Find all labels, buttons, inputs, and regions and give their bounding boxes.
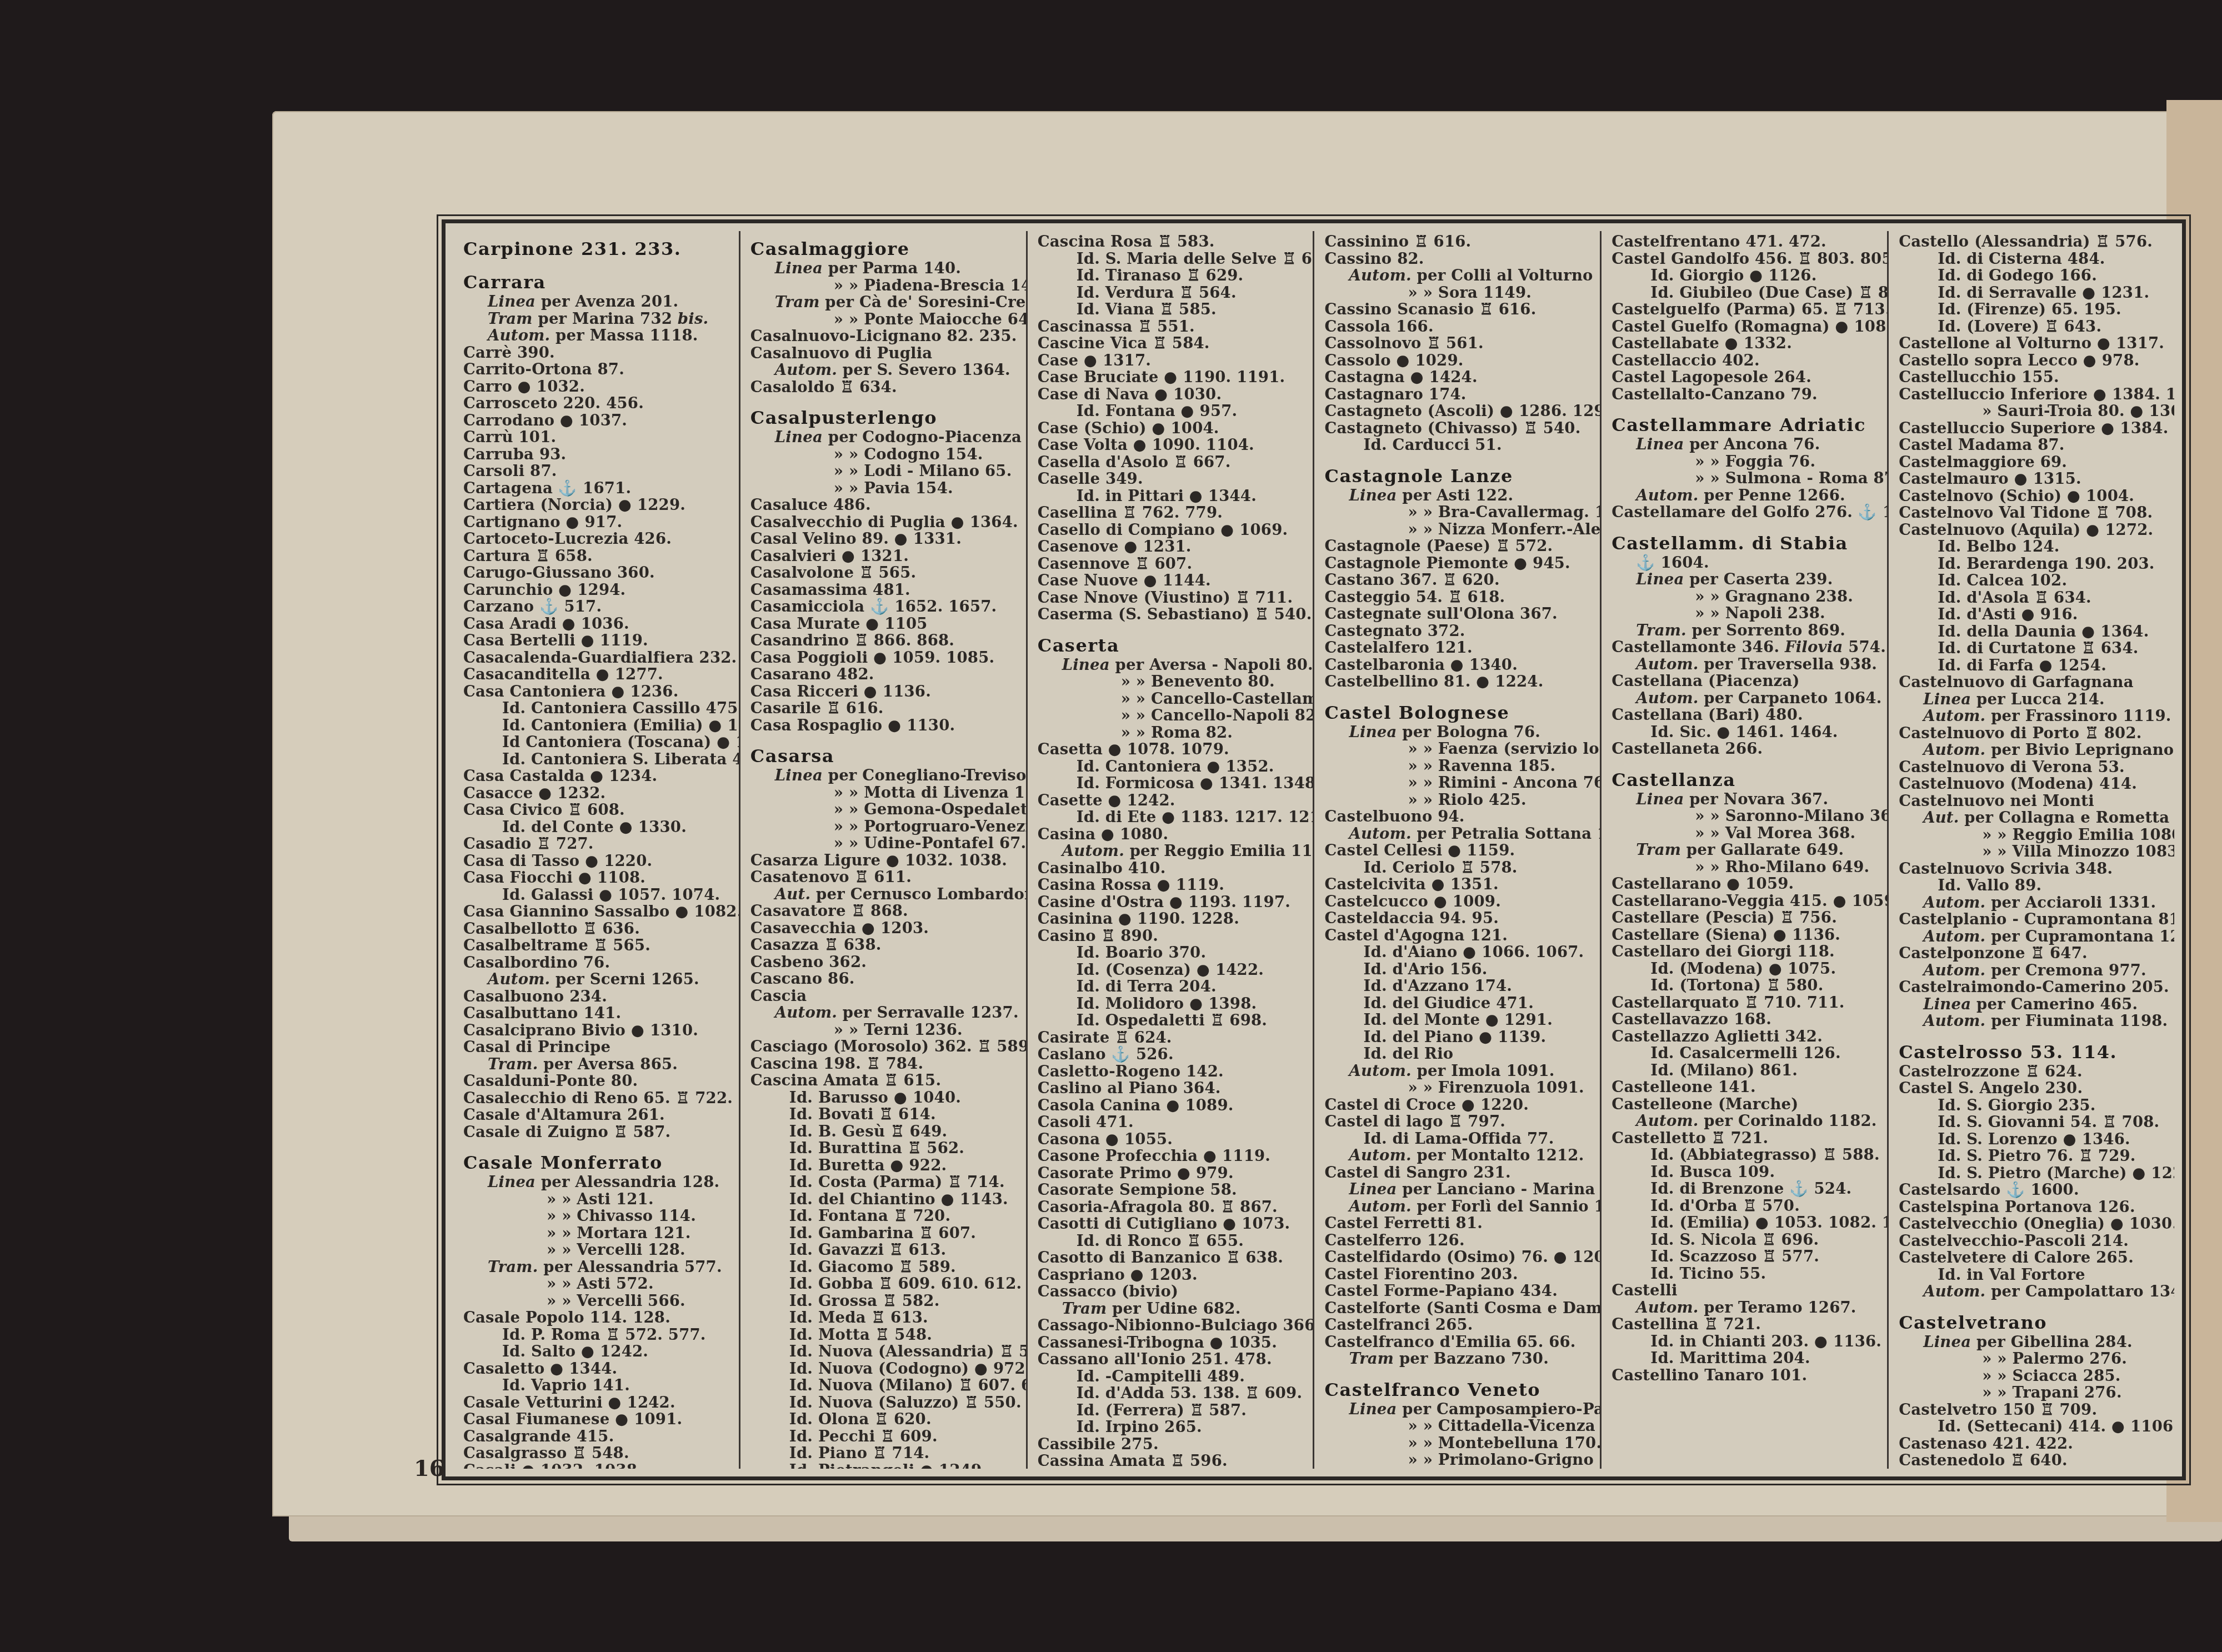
auto-circle-icon: ● (1717, 723, 1730, 741)
station-entry: Casa Giannino Sassalbo ● 1082. (463, 903, 731, 920)
station-subentry: Id. Ospedaletti ♖ 698. (1038, 1012, 1305, 1029)
station-subentry: Autom. per Scerni 1265. (463, 971, 731, 988)
tram-bell-icon: ♖ (1448, 588, 1462, 606)
auto-circle-icon: ● (619, 818, 633, 836)
auto-circle-icon: ● (1485, 1011, 1499, 1029)
auto-circle-icon: ● (951, 513, 964, 531)
station-entry: Castellana (Bari) 480. (1612, 707, 1879, 724)
auto-circle-icon: ● (1157, 876, 1170, 894)
station-entry: Castelnuovo di Porto ♖ 802. (1899, 725, 2166, 742)
station-entry: Cassacco (bivio) (1038, 1283, 1305, 1300)
station-heading: Castellammare Adriatic (1612, 414, 1879, 436)
station-entry: Casalbuttano 141. (463, 1005, 731, 1022)
station-entry: Castelplanio - Cupramontana 81. (1899, 911, 2166, 928)
section-gap (1324, 690, 1592, 697)
station-entry: Casalnuovo di Puglia (750, 345, 1018, 362)
tram-bell-icon: ♖ (1763, 1248, 1776, 1265)
station-subentry: Id. S. Maria delle Selve ♖ 614. (1038, 251, 1305, 268)
station-subentry: Id. Fontana ● 957. (1038, 403, 1305, 420)
station-entry: Casa Rospaglio ● 1130. (750, 717, 1018, 734)
section-gap (1899, 1300, 2166, 1307)
station-entry: Cassino 82. (1324, 251, 1592, 268)
section-gap (1038, 623, 1305, 630)
transport-type-label: Autom. (1923, 894, 1985, 912)
section-gap (1324, 1368, 1592, 1374)
station-entry: Castelbellino 81. ● 1224. (1324, 673, 1592, 690)
station-subentry: » » Firenzuola 1091. (1324, 1079, 1592, 1097)
station-subentry: Id. Nuova (Milano) ♖ 607. 608. (750, 1377, 1018, 1394)
station-entry: Carrito-Ortona 87. (463, 361, 731, 378)
index-column-5: Castelfrentano 471. 472.Castel Gandolfo … (1602, 231, 1889, 1469)
station-entry: Casello di Compiano ● 1069. (1038, 522, 1305, 539)
section-gap (1612, 758, 1879, 764)
tram-bell-icon: ♖ (875, 1326, 889, 1344)
station-subentry: » » Cancello-Napoli 82. (1038, 707, 1305, 724)
auto-circle-icon: ● (1181, 402, 1194, 420)
station-entry: Castellone al Volturno ● 1317. (1899, 335, 2166, 352)
station-entry: Castelmauro ● 1315. (1899, 470, 2166, 488)
transport-type-label: Tram. (488, 1055, 538, 1073)
station-subentry: Tram per Cà de' Soresini-Cremona 647. (750, 294, 1018, 311)
tram-bell-icon: ♖ (1115, 1029, 1129, 1047)
station-entry: Casamicciola ⚓ 1652. 1657. (750, 598, 1018, 615)
tram-bell-icon: ♖ (890, 1123, 904, 1140)
station-entry: Castegnato 372. (1324, 623, 1592, 640)
transport-type-label: Linea (1062, 656, 1110, 674)
auto-circle-icon: ● (1476, 673, 1489, 690)
station-entry: Casaletto ● 1344. (463, 1360, 731, 1378)
auto-circle-icon: ● (2093, 386, 2106, 403)
tram-bell-icon: ♖ (859, 564, 873, 582)
station-subentry: » » Bra-Cavallermag. 124. (1324, 504, 1592, 521)
tram-bell-icon: ♖ (1762, 1231, 1776, 1249)
station-entry: Casellina ♖ 762. 779. (1038, 504, 1305, 522)
tram-bell-icon: ♖ (1479, 301, 1493, 318)
section-gap (1612, 521, 1879, 528)
station-subentry: Id. Buretta ● 922. (750, 1157, 1018, 1174)
station-subentry: » » Cancello-Castellammare di Stabia 239 (1038, 690, 1305, 708)
station-subentry: Id. P. Roma ♖ 572. 577. (463, 1326, 731, 1344)
transport-type-label: Tram (488, 310, 533, 328)
station-entry: Casinalbo 410. (1038, 860, 1305, 877)
auto-circle-icon: ● (1434, 893, 1447, 910)
station-entry: Castelferro 126. (1324, 1232, 1592, 1249)
station-subentry: Id. in Val Fortore (1899, 1266, 2166, 1284)
tram-bell-icon: ♖ (964, 1394, 978, 1411)
station-subentry: Id. Irpino 265. (1038, 1419, 1305, 1436)
station-subentry: Linea per Alessandria 128. (463, 1174, 731, 1191)
station-entry: Carro ● 1032. (463, 378, 731, 396)
station-entry: Casarano 482. (750, 666, 1018, 683)
station-subentry: Id. Berardenga 190. 203. (1899, 555, 2166, 573)
tram-bell-icon: ♖ (1236, 589, 1250, 607)
transport-type-label: Linea (1636, 790, 1684, 808)
station-subentry: Id. S. Pietro (Marche) ● 1220. (1899, 1165, 2166, 1182)
auto-circle-icon: ● (1500, 402, 1513, 420)
station-subentry: Id. (Modena) ● 1075. (1612, 960, 1879, 978)
index-column-4: Cassinino ♖ 616.Cassino 82.Autom. per Co… (1314, 231, 1602, 1469)
station-entry: Casaluce 486. (750, 497, 1018, 514)
tram-bell-icon: ♖ (1135, 555, 1149, 573)
station-subentry: Autom. per Massa 1118. (463, 327, 731, 344)
station-subentry: Id. Gavazzi ♖ 613. (750, 1241, 1018, 1259)
station-entry: Castellamonte 346. Filovia 574. (1612, 639, 1879, 656)
auto-circle-icon: ● (1514, 554, 1527, 572)
tram-bell-icon: ♖ (889, 1241, 903, 1259)
tram-bell-icon: ♖ (568, 801, 582, 819)
station-subentry: Linea per Conegliano-Treviso-Venezia 67. (750, 767, 1018, 784)
tram-bell-icon: ♖ (2096, 504, 2110, 522)
station-subentry: Id. del Conte ● 1330. (463, 819, 731, 836)
station-subentry: Id. di Lama-Offida 77. (1324, 1130, 1592, 1148)
station-entry: Cassinino ♖ 616. (1324, 233, 1592, 251)
auto-circle-icon: ● (1554, 1248, 1567, 1266)
station-entry: Casona ● 1055. (1038, 1131, 1305, 1148)
station-entry: Casola Canina ● 1089. (1038, 1097, 1305, 1114)
station-subentry: » » Sora 1149. (1324, 284, 1592, 302)
station-entry: Casale Popolo 114. 128. (463, 1309, 731, 1326)
station-entry: Castano 367. ♖ 620. (1324, 572, 1592, 589)
transport-type-label: Autom. (1636, 655, 1698, 673)
tram-bell-icon: ♖ (676, 1089, 690, 1107)
auto-circle-icon: ● (615, 1410, 628, 1428)
station-subentry: Id. (Lovere) ♖ 643. (1899, 318, 2166, 336)
station-subentry: Id. del Chiantino ● 1143. (750, 1191, 1018, 1208)
tram-bell-icon: ♖ (1245, 1384, 1259, 1402)
auto-circle-icon: ● (631, 1022, 644, 1039)
tram-bell-icon: ♖ (1190, 1401, 1204, 1419)
station-entry: Castelfidardo (Osimo) 76. ● 1205. (1324, 1249, 1592, 1266)
station-entry: Castellarano-Veggia 415. ● 1059. (1612, 893, 1879, 910)
transport-type-label: Linea (1349, 487, 1397, 504)
tram-bell-icon: ♖ (1282, 250, 1296, 268)
tram-bell-icon: ♖ (537, 835, 551, 853)
station-subentry: » » Udine-Pontafel 67. (750, 835, 1018, 852)
ship-icon: ⚓ (558, 479, 577, 497)
station-entry: Castellaccio 402. (1612, 352, 1879, 369)
index-column-6: Castello (Alessandria) ♖ 576.Id. di Cist… (1889, 231, 2174, 1469)
station-entry: Castel Fiorentino 203. (1324, 1266, 1592, 1283)
station-subentry: Id. -Campitelli 489. (1038, 1368, 1305, 1385)
station-entry: Cartiera (Norcia) ● 1229. (463, 497, 731, 514)
station-subentry: » » Foggia 76. (1612, 453, 1879, 470)
station-subentry: Id. (Settecani) 414. ● 1106. (1899, 1418, 2166, 1435)
station-entry: Casetta ● 1078. 1079. (1038, 741, 1305, 758)
station-subentry: » » Montebelluna 170. (1324, 1435, 1592, 1452)
station-entry: Casciago (Morosolo) 362. ♖ 589. (750, 1038, 1018, 1055)
tram-bell-icon: ♖ (572, 1444, 586, 1462)
tram-bell-icon: ♖ (2079, 1147, 2093, 1165)
tram-bell-icon: ♖ (594, 937, 608, 954)
tram-bell-icon: ♖ (880, 1428, 894, 1445)
station-subentry: Autom. per Cremona 977. (1899, 962, 2166, 979)
transport-type-label: Linea (488, 1173, 536, 1191)
transport-type-label: Autom. (1349, 1062, 1411, 1080)
auto-circle-icon: ● (1154, 386, 1168, 403)
station-subentry: Id. Gobba ♖ 609. 610. 612. (750, 1275, 1018, 1293)
station-subentry: Id. S. Giovanni 54. ♖ 708. (1899, 1114, 2166, 1131)
station-entry: Casina Rossa ● 1119. (1038, 877, 1305, 894)
auto-circle-icon: ● (708, 717, 722, 734)
tram-bell-icon: ♖ (2030, 944, 2044, 962)
station-entry: Castellabate ● 1332. (1612, 335, 1879, 352)
tram-bell-icon: ♖ (1496, 537, 1510, 555)
auto-circle-icon: ● (1448, 842, 1461, 859)
station-entry: Casavecchia ● 1203. (750, 920, 1018, 937)
station-subentry: » » Gragnano 238. (1612, 588, 1879, 605)
transport-type-label: Autom. (1923, 962, 1985, 979)
auto-circle-icon: ● (1769, 960, 1782, 978)
auto-circle-icon: ● (2132, 1164, 2145, 1182)
tram-bell-icon: ♖ (1102, 927, 1115, 945)
station-entry: Castellamare del Golfo 276. ⚓ 1620. (1612, 504, 1879, 521)
station-entry: Cassolnovo ♖ 561. (1324, 335, 1592, 352)
tram-bell-icon: ♖ (1443, 571, 1457, 589)
auto-circle-icon: ● (842, 547, 855, 565)
station-entry: Casarile ♖ 616. (750, 700, 1018, 717)
station-entry: Carrodano ● 1037. (463, 412, 731, 429)
station-subentry: Linea per Parma 140. (750, 260, 1018, 277)
auto-circle-icon: ● (1210, 1334, 1223, 1351)
tram-bell-icon: ♖ (894, 1207, 908, 1225)
station-entry: Castelfranco d'Emilia 65. 66. (1324, 1334, 1592, 1351)
station-entry: Caslino al Piano 364. (1038, 1080, 1305, 1097)
station-subentry: » » Riolo 425. (1324, 792, 1592, 809)
station-subentry: Tram. per Sorrento 869. (1612, 622, 1879, 639)
transport-type-label: Tram. (1636, 622, 1686, 639)
station-entry: Casalduni-Ponte 80. (463, 1073, 731, 1090)
auto-circle-icon: ● (2086, 521, 2099, 539)
station-entry: Cascano 86. (750, 970, 1018, 988)
station-entry: Castello (Alessandria) ♖ 576. (1899, 233, 2166, 251)
station-entry: Castelvetro 150 ♖ 709. (1899, 1401, 2166, 1419)
station-entry: Casalvolone ♖ 565. (750, 564, 1018, 582)
station-entry: Castelraimondo-Camerino 205. (1899, 979, 2166, 996)
auto-circle-icon: ● (1166, 1097, 1179, 1114)
ship-icon: ⚓ (1636, 554, 1655, 572)
auto-circle-icon: ● (550, 1360, 563, 1378)
station-entry: Casacanditella ● 1277. (463, 666, 731, 683)
station-subentry: Id. di Cisterna 484. (1899, 251, 2166, 268)
station-entry: Carrosceto 220. 456. (463, 395, 731, 412)
station-subentry: » » Faenza (servizio locale) 79 bis. (1324, 740, 1592, 758)
transport-type-label: Linea (1636, 570, 1684, 588)
auto-circle-icon: ● (2083, 352, 2096, 369)
station-subentry: Id. Barusso ● 1040. (750, 1089, 1018, 1107)
tram-bell-icon: ♖ (1798, 250, 1812, 268)
station-entry: Carsoli 87. (463, 463, 731, 480)
station-entry: Casa Civico ♖ 608. (463, 802, 731, 819)
station-heading: Casale Monferrato (463, 1152, 731, 1174)
transport-type-label: bis. (678, 310, 709, 328)
station-subentry: Id. del Giudice 471. (1324, 995, 1592, 1012)
transport-type-label: Autom. (1636, 1112, 1698, 1130)
tram-bell-icon: ♖ (867, 1055, 880, 1073)
station-subentry: Id. Nuova (Alessandria) ♖ 557 (750, 1343, 1018, 1360)
station-entry: Casa Fiocchi ● 1108. (463, 869, 731, 887)
station-subentry: Autom. per Corinaldo 1182. (1612, 1113, 1879, 1130)
auto-circle-icon: ● (2101, 419, 2114, 437)
ship-icon: ⚓ (870, 598, 889, 615)
auto-circle-icon: ● (2097, 334, 2110, 352)
station-entry: Cassibile 275. (1038, 1436, 1305, 1453)
transport-type-label: Linea (1349, 723, 1397, 741)
index-column-3: Cascina Rosa ♖ 583.Id. S. Maria delle Se… (1028, 231, 1315, 1469)
station-entry: Casal Velino 89. ● 1331. (750, 530, 1018, 548)
auto-circle-icon: ● (1177, 1164, 1190, 1182)
station-entry: Cassino Scanasio ♖ 616. (1324, 301, 1592, 318)
tram-bell-icon: ♖ (1170, 1452, 1184, 1469)
tram-bell-icon: ♖ (1210, 1012, 1224, 1029)
auto-circle-icon: ● (862, 919, 875, 937)
station-entry: Casal di Principe (463, 1039, 731, 1056)
station-subentry: Id. del Rio (1324, 1045, 1592, 1063)
station-subentry: Autom. per Cupramontana 1210. (1899, 928, 2166, 945)
tram-bell-icon: ♖ (1704, 1315, 1718, 1333)
station-entry: Casa Cantoniera ● 1236. (463, 683, 731, 700)
transport-type-label: Linea (1349, 1180, 1397, 1198)
station-heading: Castelvetrano (1899, 1311, 2166, 1334)
station-entry: Casette ● 1242. (1038, 792, 1305, 809)
station-entry: Cascina Amata ♖ 615. (750, 1072, 1018, 1089)
auto-circle-icon: ● (717, 733, 730, 751)
tram-bell-icon: ♖ (884, 1072, 898, 1089)
transport-type-label: Autom. (488, 970, 550, 988)
station-subentry: Linea per Lucca 214. (1899, 691, 2166, 708)
station-subentry: Tram per Gallarate 649. (1612, 842, 1879, 859)
auto-circle-icon: ● (1410, 368, 1424, 386)
tram-bell-icon: ♖ (2085, 724, 2099, 742)
station-subentry: Id. d'Orba ♖ 570. (1612, 1198, 1879, 1215)
station-entry: Castelvecchio (Oneglia) ● 1030. (1899, 1215, 2166, 1233)
station-subentry: Id. Giacomo ♖ 589. (750, 1259, 1018, 1276)
auto-circle-icon: ● (1189, 487, 1203, 505)
transport-type-label: Tram (775, 293, 820, 311)
tram-bell-icon: ♖ (1834, 301, 1848, 318)
auto-circle-icon: ● (2039, 657, 2053, 674)
auto-circle-icon: ● (2110, 1215, 2124, 1233)
station-entry: Castelli (1612, 1282, 1879, 1299)
station-subentry: Linea per Caserta 239. (1612, 571, 1879, 588)
station-entry: Casa Poggioli ● 1059. 1085. (750, 649, 1018, 667)
index-columns: Carpinone 231. 233.CarraraLinea per Aven… (453, 231, 2174, 1469)
tram-bell-icon: ♖ (1220, 1198, 1234, 1216)
station-subentry: Id. in Chianti 203. ● 1136. (1612, 1333, 1879, 1350)
station-entry: Castelletto ♖ 721. (1612, 1130, 1879, 1147)
station-subentry: Id. (Tortona) ♖ 580. (1612, 977, 1879, 994)
station-subentry: » » Pavia 154. (750, 480, 1018, 497)
station-entry: Casa Bertelli ● 1119. (463, 632, 731, 649)
station-entry: Casale d'Altamura 261. (463, 1107, 731, 1124)
station-entry: Castelspina Portanova 126. (1899, 1199, 2166, 1216)
station-subentry: Id. di Farfa ● 1254. (1899, 657, 2166, 674)
station-entry: Castellavazzo 168. (1612, 1011, 1879, 1028)
station-entry: Casaloldo ♖ 634. (750, 379, 1018, 396)
tram-bell-icon: ♖ (2040, 1401, 2054, 1419)
station-entry: Castelcivita ● 1351. (1324, 876, 1592, 893)
auto-circle-icon: ● (1197, 961, 1210, 979)
station-subentry: » » Mortara 121. (463, 1225, 731, 1242)
station-entry: Casazza ♖ 638. (750, 937, 1018, 954)
station-subentry: Autom. per Penne 1266. (1612, 487, 1879, 504)
station-subentry: » » Asti 572. (463, 1275, 731, 1293)
station-subentry: » » Chivasso 114. (463, 1208, 731, 1225)
tram-bell-icon: ♖ (1745, 994, 1759, 1012)
station-entry: Cartura ♖ 658. (463, 548, 731, 565)
station-entry: Castelnuovo di Verona 53. (1899, 759, 2166, 776)
station-entry: Cassolo ● 1029. (1324, 352, 1592, 369)
station-subentry: Id. in Pittari ● 1344. (1038, 488, 1305, 505)
station-entry: Case (Schio) ● 1004. (1038, 420, 1305, 437)
tram-bell-icon: ♖ (1743, 1197, 1757, 1215)
transport-type-label: Autom. (488, 327, 550, 344)
auto-circle-icon: ● (1162, 808, 1175, 826)
station-entry: Castel di Sangro 231. (1324, 1164, 1592, 1182)
station-subentry: » » Palermo 276. (1899, 1350, 2166, 1368)
station-entry: Carruba 93. (463, 446, 731, 463)
station-entry: Casamassima 481. (750, 582, 1018, 599)
transport-type-label: Linea (488, 293, 536, 311)
station-subentry: Id. Vaprio 141. (463, 1377, 731, 1394)
station-subentry: Autom. per S. Severo 1364. (750, 362, 1018, 379)
auto-circle-icon: ● (1084, 352, 1097, 369)
station-subentry: Id. Carducci 51. (1324, 437, 1592, 454)
station-entry: Castelvecchio-Pascoli 214. (1899, 1233, 2166, 1250)
station-heading: Casalpusterlengo (750, 407, 1018, 429)
station-subentry: Id. d'Asola ♖ 634. (1899, 589, 2166, 607)
tram-bell-icon: ♖ (1427, 334, 1440, 352)
station-subentry: Id. Galassi ● 1057. 1074. (463, 887, 731, 904)
auto-circle-icon: ● (2111, 1418, 2125, 1435)
section-gap (750, 396, 1018, 402)
station-subentry: Id. di Terra 204. (1038, 978, 1305, 995)
index-column-1: Carpinone 231. 233.CarraraLinea per Aven… (453, 231, 740, 1469)
station-subentry: Id. Cantoniera Cassillo 475. (463, 700, 731, 717)
auto-circle-icon: ● (1396, 352, 1409, 369)
station-entry: Casal Fiumanese ● 1091. (463, 1411, 731, 1428)
station-entry: Cartignano ● 917. (463, 514, 731, 531)
station-subentry: » » Lodi - Milano 65. (750, 463, 1018, 480)
station-subentry: Id. Costa (Parma) ♖ 714. (750, 1174, 1018, 1191)
auto-circle-icon: ● (578, 869, 592, 887)
station-entry: Cassanesi-Tribogna ● 1035. (1038, 1334, 1305, 1351)
station-subentry: Autom. per Colli al Volturno 1320 (1324, 267, 1592, 284)
tram-bell-icon: ♖ (959, 1376, 973, 1394)
transport-type-label: Tram (1636, 841, 1681, 859)
tram-bell-icon: ♖ (1460, 859, 1474, 877)
station-heading: Castellamm. di Stabia (1612, 532, 1879, 554)
station-entry: Castagnole Piemonte ● 945. (1324, 555, 1592, 572)
station-subentry: Id. di Godego 166. (1899, 267, 2166, 284)
tram-bell-icon: ♖ (873, 1444, 887, 1462)
auto-circle-icon: ● (1108, 792, 1121, 809)
station-subentry: Id. Pietrangeli ● 1249. (750, 1462, 1018, 1469)
tram-bell-icon: ♖ (2103, 1113, 2116, 1131)
auto-circle-icon: ● (1220, 521, 1234, 539)
tram-bell-icon: ♖ (883, 1292, 897, 1310)
station-subentry: Id. Grossa ♖ 582. (750, 1293, 1018, 1310)
station-subentry: Id. Giubileo (Due Case) ♖ 802. (1612, 284, 1879, 302)
station-subentry: Id. Motta ♖ 548. (750, 1326, 1018, 1344)
station-entry: Casenove ● 1231. (1038, 538, 1305, 555)
station-entry: Castelluccio Inferiore ● 1384. 1397. (1899, 386, 2166, 403)
station-subentry: Linea per Camerino 465. (1899, 996, 2166, 1013)
station-subentry: Id. (Milano) 861. (1612, 1062, 1879, 1079)
station-subentry: Id. S. Giorgio 235. (1899, 1097, 2166, 1114)
station-subentry: Autom. per Acciaroli 1331. (1899, 894, 2166, 912)
station-subentry: Id. Bovati ♖ 614. (750, 1106, 1018, 1123)
station-entry: Castellana (Piacenza) (1612, 673, 1879, 690)
